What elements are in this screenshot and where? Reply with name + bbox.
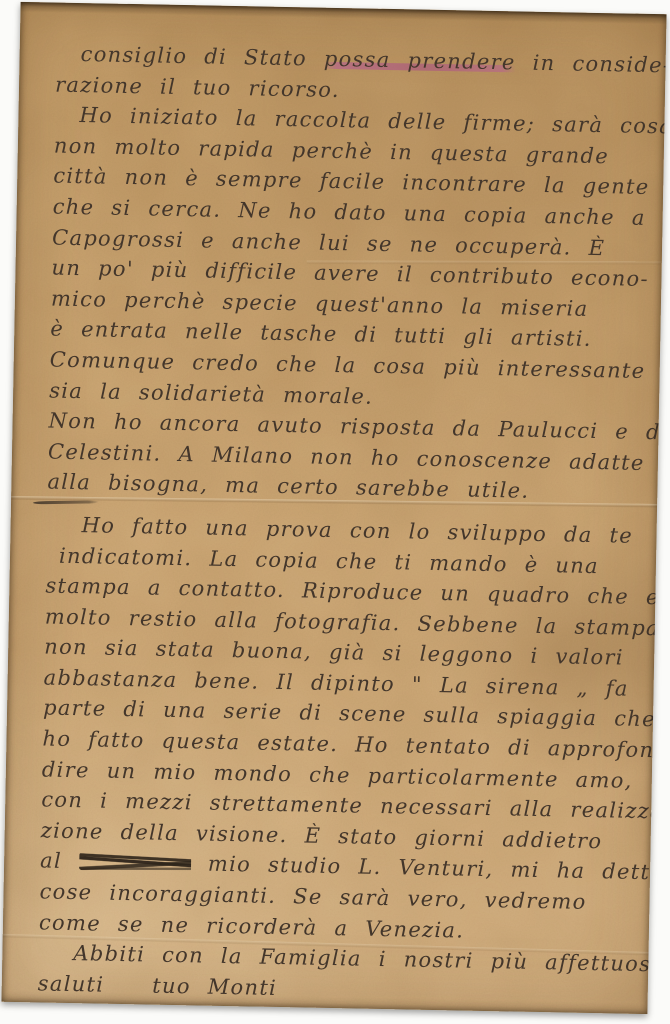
text-segment: in conside-	[515, 50, 666, 77]
text-segment: consiglio di Stato	[80, 42, 324, 71]
letter-lines: consiglio di Stato possa prendere in con…	[1, 2, 666, 1014]
gap-left-segment: tuo Monti	[152, 973, 277, 999]
text-segment: saluti	[38, 971, 105, 996]
scribble-segment	[79, 853, 191, 873]
text-segment: razione il tuo ricorso.	[55, 72, 340, 101]
letter-paper: consiglio di Stato possa prendere in con…	[1, 2, 666, 1014]
text-segment: come se ne ricorderà a Venezia.	[39, 910, 465, 942]
text-segment: sia la solidarietà morale.	[49, 378, 373, 408]
text-segment: al	[40, 849, 79, 874]
pink-underline-segment: possa prendere	[324, 47, 516, 75]
